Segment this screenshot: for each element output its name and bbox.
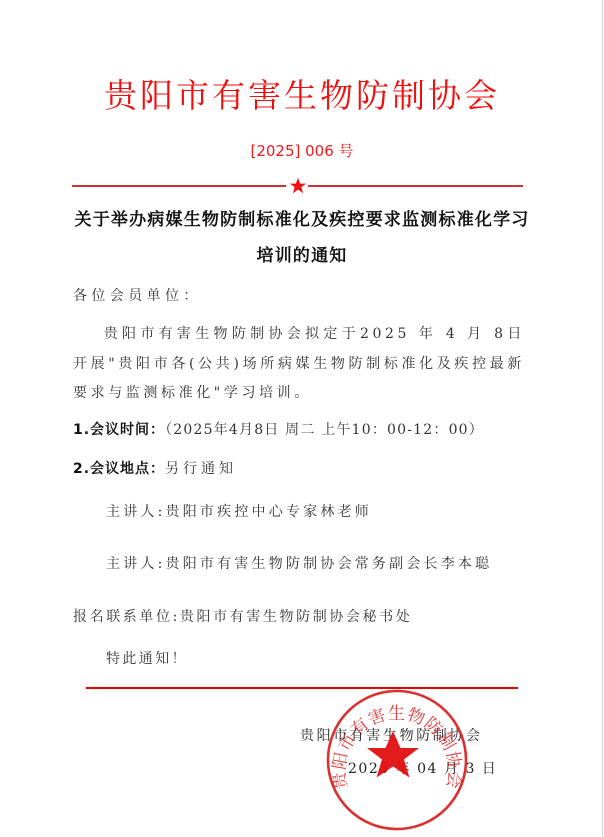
main-paragraph: 贵阳市有害生物防制协会拟定于2025 年 4 月 8日开展"贵阳市各(公共)场所…	[73, 320, 525, 409]
speaker-2: 主讲人:贵阳市有害生物防制协会常务副会长李本聪	[106, 554, 492, 574]
main-paragraph-text: 贵阳市有害生物防制协会拟定于2025 年 4 月 8日开展"贵阳市各(公共)场所…	[73, 326, 525, 401]
notice-heading-line2: 培训的通知	[60, 244, 544, 268]
header-divider-right	[308, 185, 523, 187]
org-title: 贵阳市有害生物防制协会	[0, 74, 604, 118]
document-number: [2025] 006 号	[0, 140, 604, 162]
footer-divider	[86, 687, 518, 689]
date-day-unit: 日	[482, 761, 498, 777]
registration-contact: 报名联系单位:贵阳市有害生物防制协会秘书处	[73, 607, 412, 627]
closing-line: 特此通知！	[106, 649, 188, 669]
date-year: 2025	[348, 761, 390, 777]
meeting-time-value: （2025年4月8日 周二 上午10：00-12：00）	[165, 422, 484, 438]
notice-heading-line1: 关于举办病媒生物防制标准化及疾控要求监测标准化学习	[60, 208, 544, 232]
speaker-1: 主讲人:贵阳市疾控中心专家林老师	[106, 502, 372, 522]
meeting-location: 2.会议地点：另行通知	[73, 459, 237, 479]
meeting-time: 1.会议时间：（2025年4月8日 周二 上午10：00-12：00）	[73, 420, 484, 440]
date-day: 3	[465, 761, 475, 777]
header-divider-left	[72, 185, 286, 187]
signature-org: 贵阳市有害生物防制协会	[300, 727, 483, 745]
date-year-unit: 年	[396, 761, 412, 777]
page-edge	[602, 0, 603, 837]
meeting-location-label: 2.会议地点：	[73, 461, 165, 477]
date-month-unit: 月	[444, 761, 460, 777]
meeting-time-label: 1.会议时间：	[73, 422, 165, 438]
signature-date: 2025年04月3日	[348, 760, 503, 778]
star-icon	[289, 177, 307, 195]
meeting-location-value: 另行通知	[165, 461, 237, 477]
salutation: 各位会员单位：	[73, 286, 202, 306]
date-month: 04	[417, 761, 438, 777]
